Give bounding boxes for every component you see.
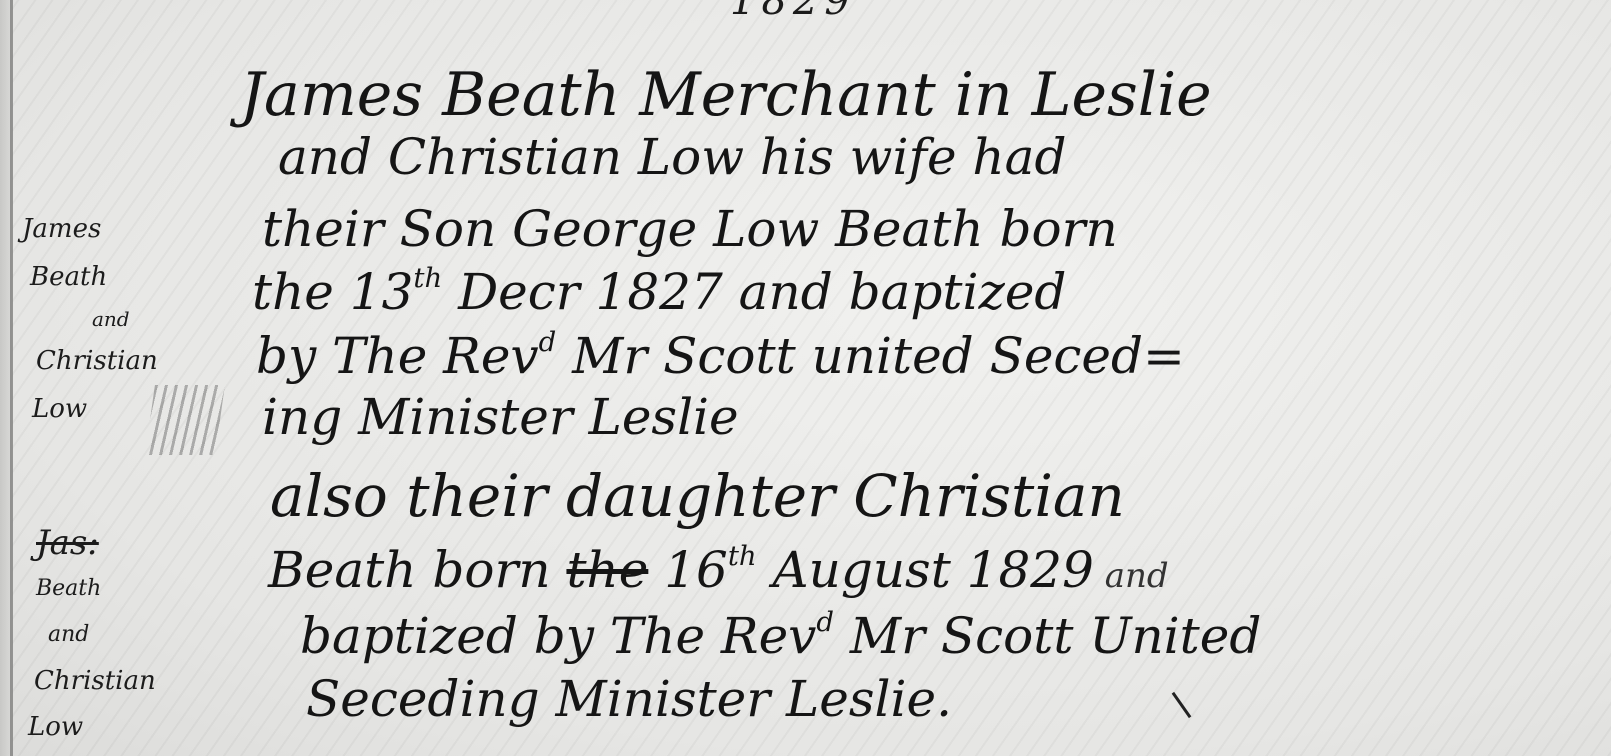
- text-fragment: Mr Scott United: [834, 607, 1261, 665]
- text-fragment: Decr 1827 and baptized: [442, 263, 1066, 321]
- text-fragment: the 13: [252, 263, 413, 321]
- entry-line: also their daughter Christian: [270, 462, 1125, 530]
- pen-stroke-mark: [1172, 692, 1192, 718]
- margin-note-line: James: [22, 205, 158, 253]
- margin-note-line: Christian: [34, 658, 156, 704]
- margin-note-line: and: [48, 612, 156, 658]
- margin-note-line: Low: [32, 385, 158, 433]
- entry-line: baptized by The Revd Mr Scott United: [300, 606, 1261, 665]
- entry-line: by The Revd Mr Scott united Seced=: [256, 326, 1185, 385]
- margin-note-2: Jas:Beath and Christian Low: [28, 520, 156, 750]
- entry-line: their Son George Low Beath born: [262, 200, 1118, 258]
- text-fragment: Beath born: [268, 541, 566, 599]
- text-fragment: and: [1094, 556, 1169, 596]
- text-fragment: baptized by The Rev: [300, 607, 816, 665]
- text-fragment: August 1829: [757, 541, 1094, 599]
- entry-line: ing Minister Leslie: [262, 388, 739, 446]
- text-fragment: by The Rev: [256, 327, 539, 385]
- margin-note-line: Beath: [30, 253, 158, 301]
- margin-note-line: Jas:Beath: [36, 520, 156, 612]
- superscript: th: [413, 262, 442, 294]
- superscript: th: [728, 540, 757, 572]
- text-fragment: Mr Scott united Seced=: [556, 327, 1185, 385]
- superscript: d: [539, 326, 557, 358]
- struck-text: the: [566, 541, 648, 599]
- margin-note-abbr: Jas:: [36, 520, 156, 566]
- entry-line: James Beath Merchant in Leslie: [240, 60, 1212, 130]
- header-year-fragment: 1829: [730, 0, 856, 24]
- entry-line: Seceding Minister Leslie.: [306, 670, 952, 728]
- margin-note-surname: Beath: [36, 566, 156, 612]
- entry-line: and Christian Low his wife had: [278, 128, 1066, 186]
- entry-line: the 13th Decr 1827 and baptized: [252, 262, 1066, 321]
- ink-smudge: [145, 385, 225, 455]
- margin-note-line: Low: [28, 704, 156, 750]
- entry-line: Beath born the 16th August 1829 and: [268, 540, 1169, 599]
- register-page: 1829 James Beath and Christian Low Jas:B…: [0, 0, 1611, 756]
- margin-note-line: and: [92, 301, 158, 337]
- margin-note-line: Christian: [36, 337, 158, 385]
- margin-note-1: James Beath and Christian Low: [22, 205, 158, 433]
- margin-rule-line: [10, 0, 13, 756]
- superscript: d: [816, 606, 834, 638]
- text-fragment: 16: [648, 541, 728, 599]
